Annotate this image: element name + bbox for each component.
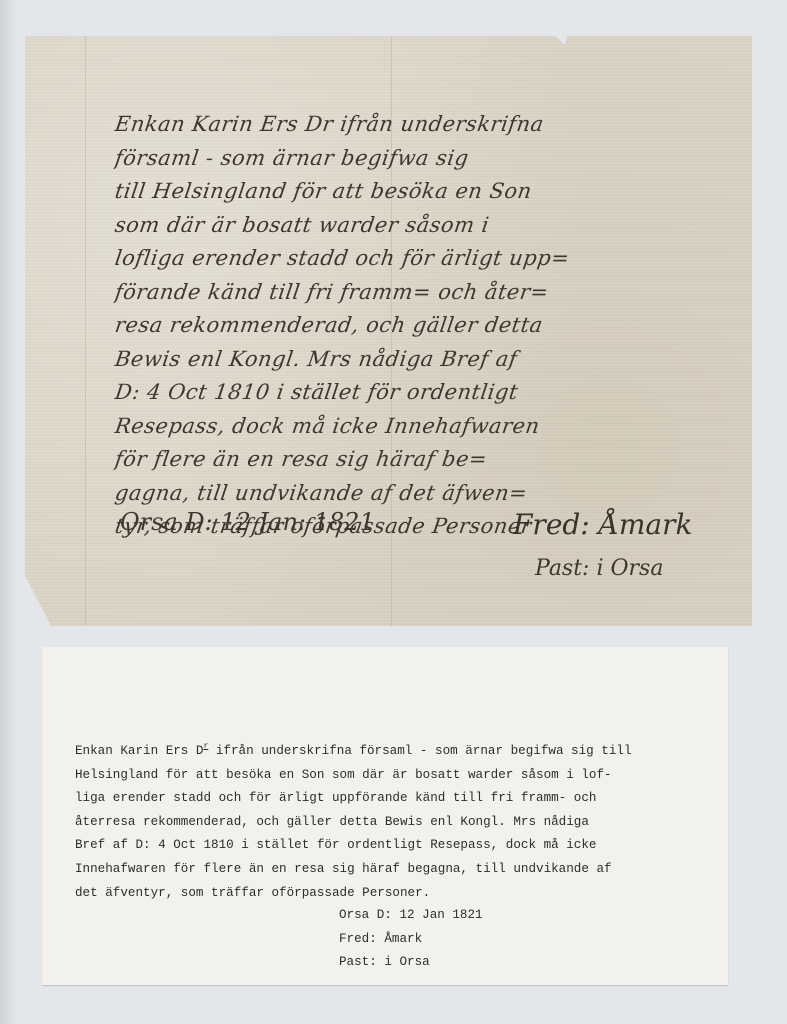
line-text: Enkan Karin Ers D bbox=[75, 744, 203, 758]
scanner-edge-shadow bbox=[0, 0, 18, 1024]
handwritten-line: till Helsingland för att besöka en Son bbox=[113, 175, 748, 209]
handwritten-dateline: Orsa D: 12 Jan: 1821 bbox=[120, 508, 375, 536]
transcription-line: Helsingland för att besöka en Son som dä… bbox=[75, 764, 725, 788]
transcription-dateline: Orsa D: 12 Jan 1821 bbox=[339, 904, 483, 928]
handwritten-line: Resepass, dock må icke Innehafwaren bbox=[113, 410, 748, 444]
handwritten-line: för flere än en resa sig häraf be= bbox=[113, 443, 748, 477]
transcription-line: Innehafwaren för flere än en resa sig hä… bbox=[75, 858, 725, 882]
transcription-line: det äfventyr, som träffar oförpassade Pe… bbox=[75, 882, 725, 906]
transcription-signature-block: Orsa D: 12 Jan 1821 Fred: Åmark Past: i … bbox=[339, 904, 483, 975]
handwritten-line: lofliga erender stadd och för ärligt upp… bbox=[113, 242, 748, 276]
transcription-signature: Fred: Åmark bbox=[339, 928, 483, 952]
handwritten-signature: Fred: Åmark bbox=[513, 508, 692, 541]
line-text: ifrån underskrifna församl - som ärnar b… bbox=[208, 744, 631, 758]
handwritten-signature-title: Past: i Orsa bbox=[535, 556, 663, 581]
handwritten-line: Bewis enl Kongl. Mrs nådiga Bref af bbox=[113, 343, 748, 377]
transcription-line: Bref af D: 4 Oct 1810 i stället för orde… bbox=[75, 834, 725, 858]
paper-fold-line bbox=[85, 36, 86, 626]
transcription-body: Enkan Karin Ers Dr ifrån underskrifna fö… bbox=[75, 735, 725, 905]
transcription-line: Enkan Karin Ers Dr ifrån underskrifna fö… bbox=[75, 735, 725, 764]
transcription-signature-title: Past: i Orsa bbox=[339, 951, 483, 975]
handwritten-line: förande känd till fri framm= och åter= bbox=[113, 276, 748, 310]
handwritten-line: som där är bosatt warder såsom i bbox=[113, 209, 748, 243]
handwritten-line: D: 4 Oct 1810 i stället för ordentligt bbox=[113, 376, 748, 410]
handwritten-body: Enkan Karin Ers Dr ifrån underskrifna fö… bbox=[115, 108, 745, 544]
handwritten-line: församl - som ärnar begifwa sig bbox=[113, 142, 748, 176]
handwritten-line: gagna, till undvikande af det äfwen= bbox=[113, 477, 748, 511]
handwritten-line: Enkan Karin Ers Dr ifrån underskrifna bbox=[113, 108, 748, 142]
handwritten-manuscript: Enkan Karin Ers Dr ifrån underskrifna fö… bbox=[25, 36, 752, 626]
transcription-line: återresa rekommenderad, och gäller detta… bbox=[75, 811, 725, 835]
handwritten-line: resa rekommenderad, och gäller detta bbox=[113, 309, 748, 343]
typed-transcription: Enkan Karin Ers Dr ifrån underskrifna fö… bbox=[42, 647, 728, 985]
transcription-line: liga erender stadd och för ärligt uppför… bbox=[75, 787, 725, 811]
